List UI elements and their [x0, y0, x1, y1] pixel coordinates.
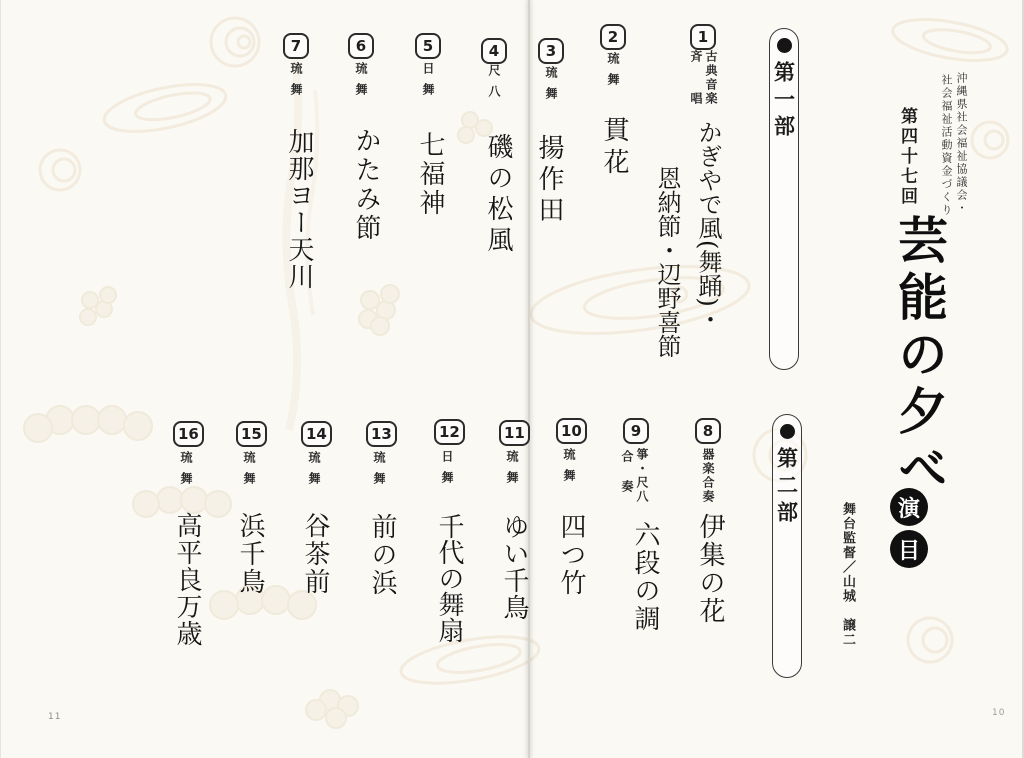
item-title: 七福神 [412, 131, 449, 218]
item-number-badge: 10 [556, 418, 587, 444]
item-title: 加那ヨー天川 [281, 128, 318, 290]
item-category: 箏・尺八 [634, 448, 651, 504]
item-category: 琉舞 [371, 451, 388, 493]
item-number-badge: 3 [538, 38, 564, 64]
item-category: 琉舞 [306, 451, 323, 493]
item-title: 揚作田 [531, 134, 568, 227]
item-number-badge: 12 [434, 419, 465, 445]
item-title: 貫花 [596, 116, 633, 180]
program-badge-char: 目 [898, 534, 920, 565]
item-title: 前の浜 [364, 513, 401, 597]
bullet-dot-icon [780, 424, 795, 439]
item-number-badge: 13 [366, 421, 397, 447]
part-2-label: 第二部 [777, 447, 798, 528]
item-number-badge: 8 [695, 418, 721, 444]
item-category: 琉舞 [353, 62, 370, 104]
item-category: 琉舞 [605, 52, 622, 94]
item-number-badge: 6 [348, 33, 374, 59]
item-title: 恩納節・辺野喜節 [650, 166, 685, 358]
item-number-badge: 5 [415, 33, 441, 59]
item-category: 尺八 [486, 64, 503, 106]
item-number-badge: 16 [173, 421, 204, 447]
program-booklet-spread: 沖縄県社会福祉協議会・ 社会福祉活動資金づくり 第四十七回 芸能の夕べ 演 目 … [0, 0, 1024, 758]
item-number-badge: 1 [690, 24, 716, 50]
item-title: 四つ竹 [553, 513, 590, 597]
item-title: 谷茶前 [297, 512, 334, 596]
item-category: 日舞 [439, 450, 456, 492]
item-title: 浜千鳥 [232, 512, 269, 596]
bullet-dot-icon [777, 38, 792, 53]
part-1-label: 第一部 [774, 61, 795, 142]
item-category: 琉舞 [504, 450, 521, 492]
program-badge-char: 演 [898, 492, 920, 523]
paper-watermark-pattern [0, 0, 1024, 758]
item-number-badge: 2 [600, 24, 626, 50]
item-title: 千代の舞扇 [431, 513, 468, 643]
main-title: 芸能の夕べ [883, 214, 955, 499]
page-fold-line [528, 0, 530, 758]
item-category: 古典音楽 [703, 50, 720, 106]
item-title: 六段の調 [627, 521, 664, 633]
item-title: 磯の松風 [480, 133, 517, 257]
item-category: 合奏 [619, 450, 636, 510]
stage-director-credit: 舞台監督／山城 譲二 [838, 502, 857, 647]
organizer-line-2: 社会福祉活動資金づくり [938, 74, 954, 217]
item-number-badge: 15 [236, 421, 267, 447]
item-title: ゆい千鳥 [496, 513, 533, 621]
item-category: 琉舞 [543, 66, 560, 108]
item-category: 琉舞 [178, 451, 195, 493]
program-badge-1: 演 [890, 488, 928, 526]
item-title: 高平良万歳 [169, 512, 206, 647]
page-number-right: 10 [992, 708, 1005, 718]
item-title: 伊集の花 [692, 513, 729, 625]
item-category: 器楽合奏 [700, 448, 717, 504]
item-number-badge: 7 [283, 33, 309, 59]
item-number-badge: 9 [623, 418, 649, 444]
item-title: かたみ節 [348, 127, 385, 243]
item-category: 日舞 [420, 62, 437, 104]
part-2-pill: 第二部 [772, 414, 802, 678]
item-title: かぎやで風(舞踊)・ [691, 120, 726, 331]
item-category: 琉舞 [241, 451, 258, 493]
page-number-left: 11 [48, 712, 61, 722]
page-edge-left [0, 0, 1, 758]
organizer-line-1: 沖縄県社会福祉協議会・ [953, 72, 969, 215]
item-number-badge: 14 [301, 421, 332, 447]
edition-label: 第四十七回 [895, 107, 920, 207]
item-category: 琉舞 [288, 62, 305, 104]
program-badge-2: 目 [890, 530, 928, 568]
item-number-badge: 4 [481, 38, 507, 64]
item-category: 琉舞 [561, 448, 578, 490]
item-number-badge: 11 [499, 420, 530, 446]
part-1-pill: 第一部 [769, 28, 799, 370]
